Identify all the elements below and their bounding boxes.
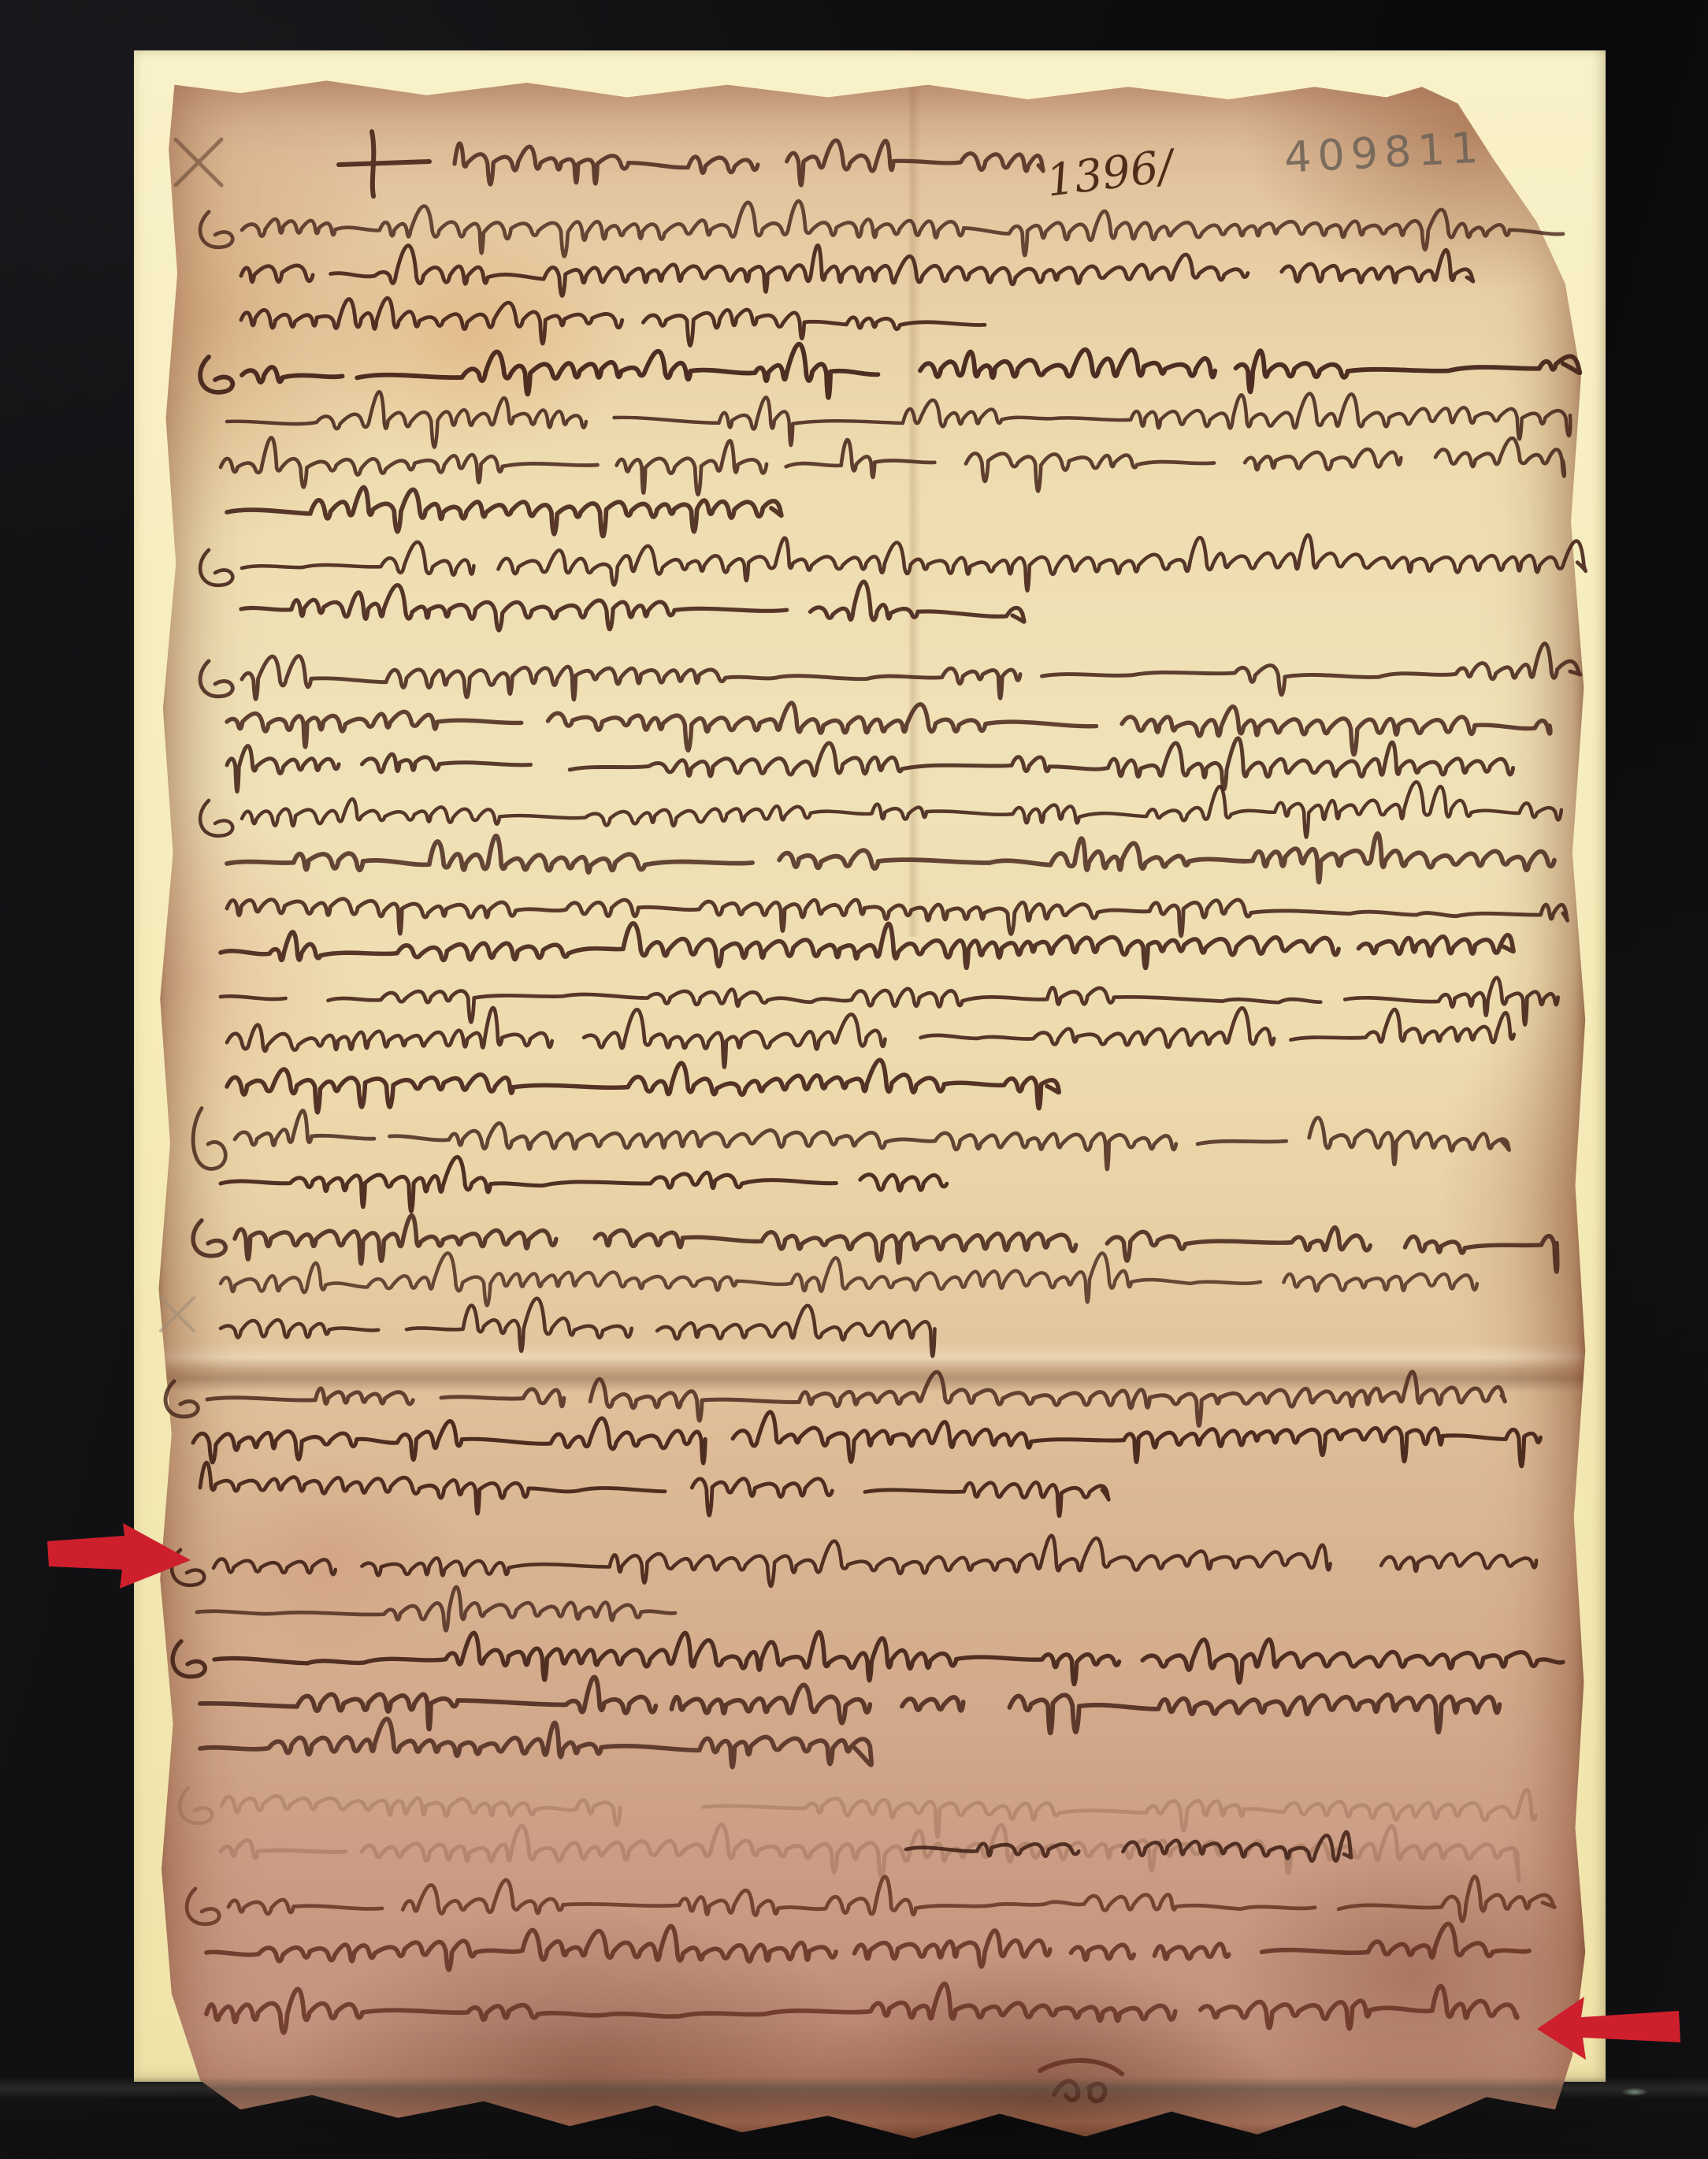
annotation-arrow-left (39, 1519, 193, 1592)
table-reflection (0, 2077, 1708, 2159)
table-glint (1617, 2087, 1653, 2098)
arrow-right-shape (1537, 1997, 1680, 2060)
archive-number: 409811 (1283, 122, 1486, 182)
photograph: 1396/ 409811 (0, 0, 1708, 2159)
arrow-left-shape (47, 1523, 191, 1589)
manuscript-handwriting (0, 0, 1708, 2159)
annotation-arrow-right (1531, 1992, 1686, 2063)
